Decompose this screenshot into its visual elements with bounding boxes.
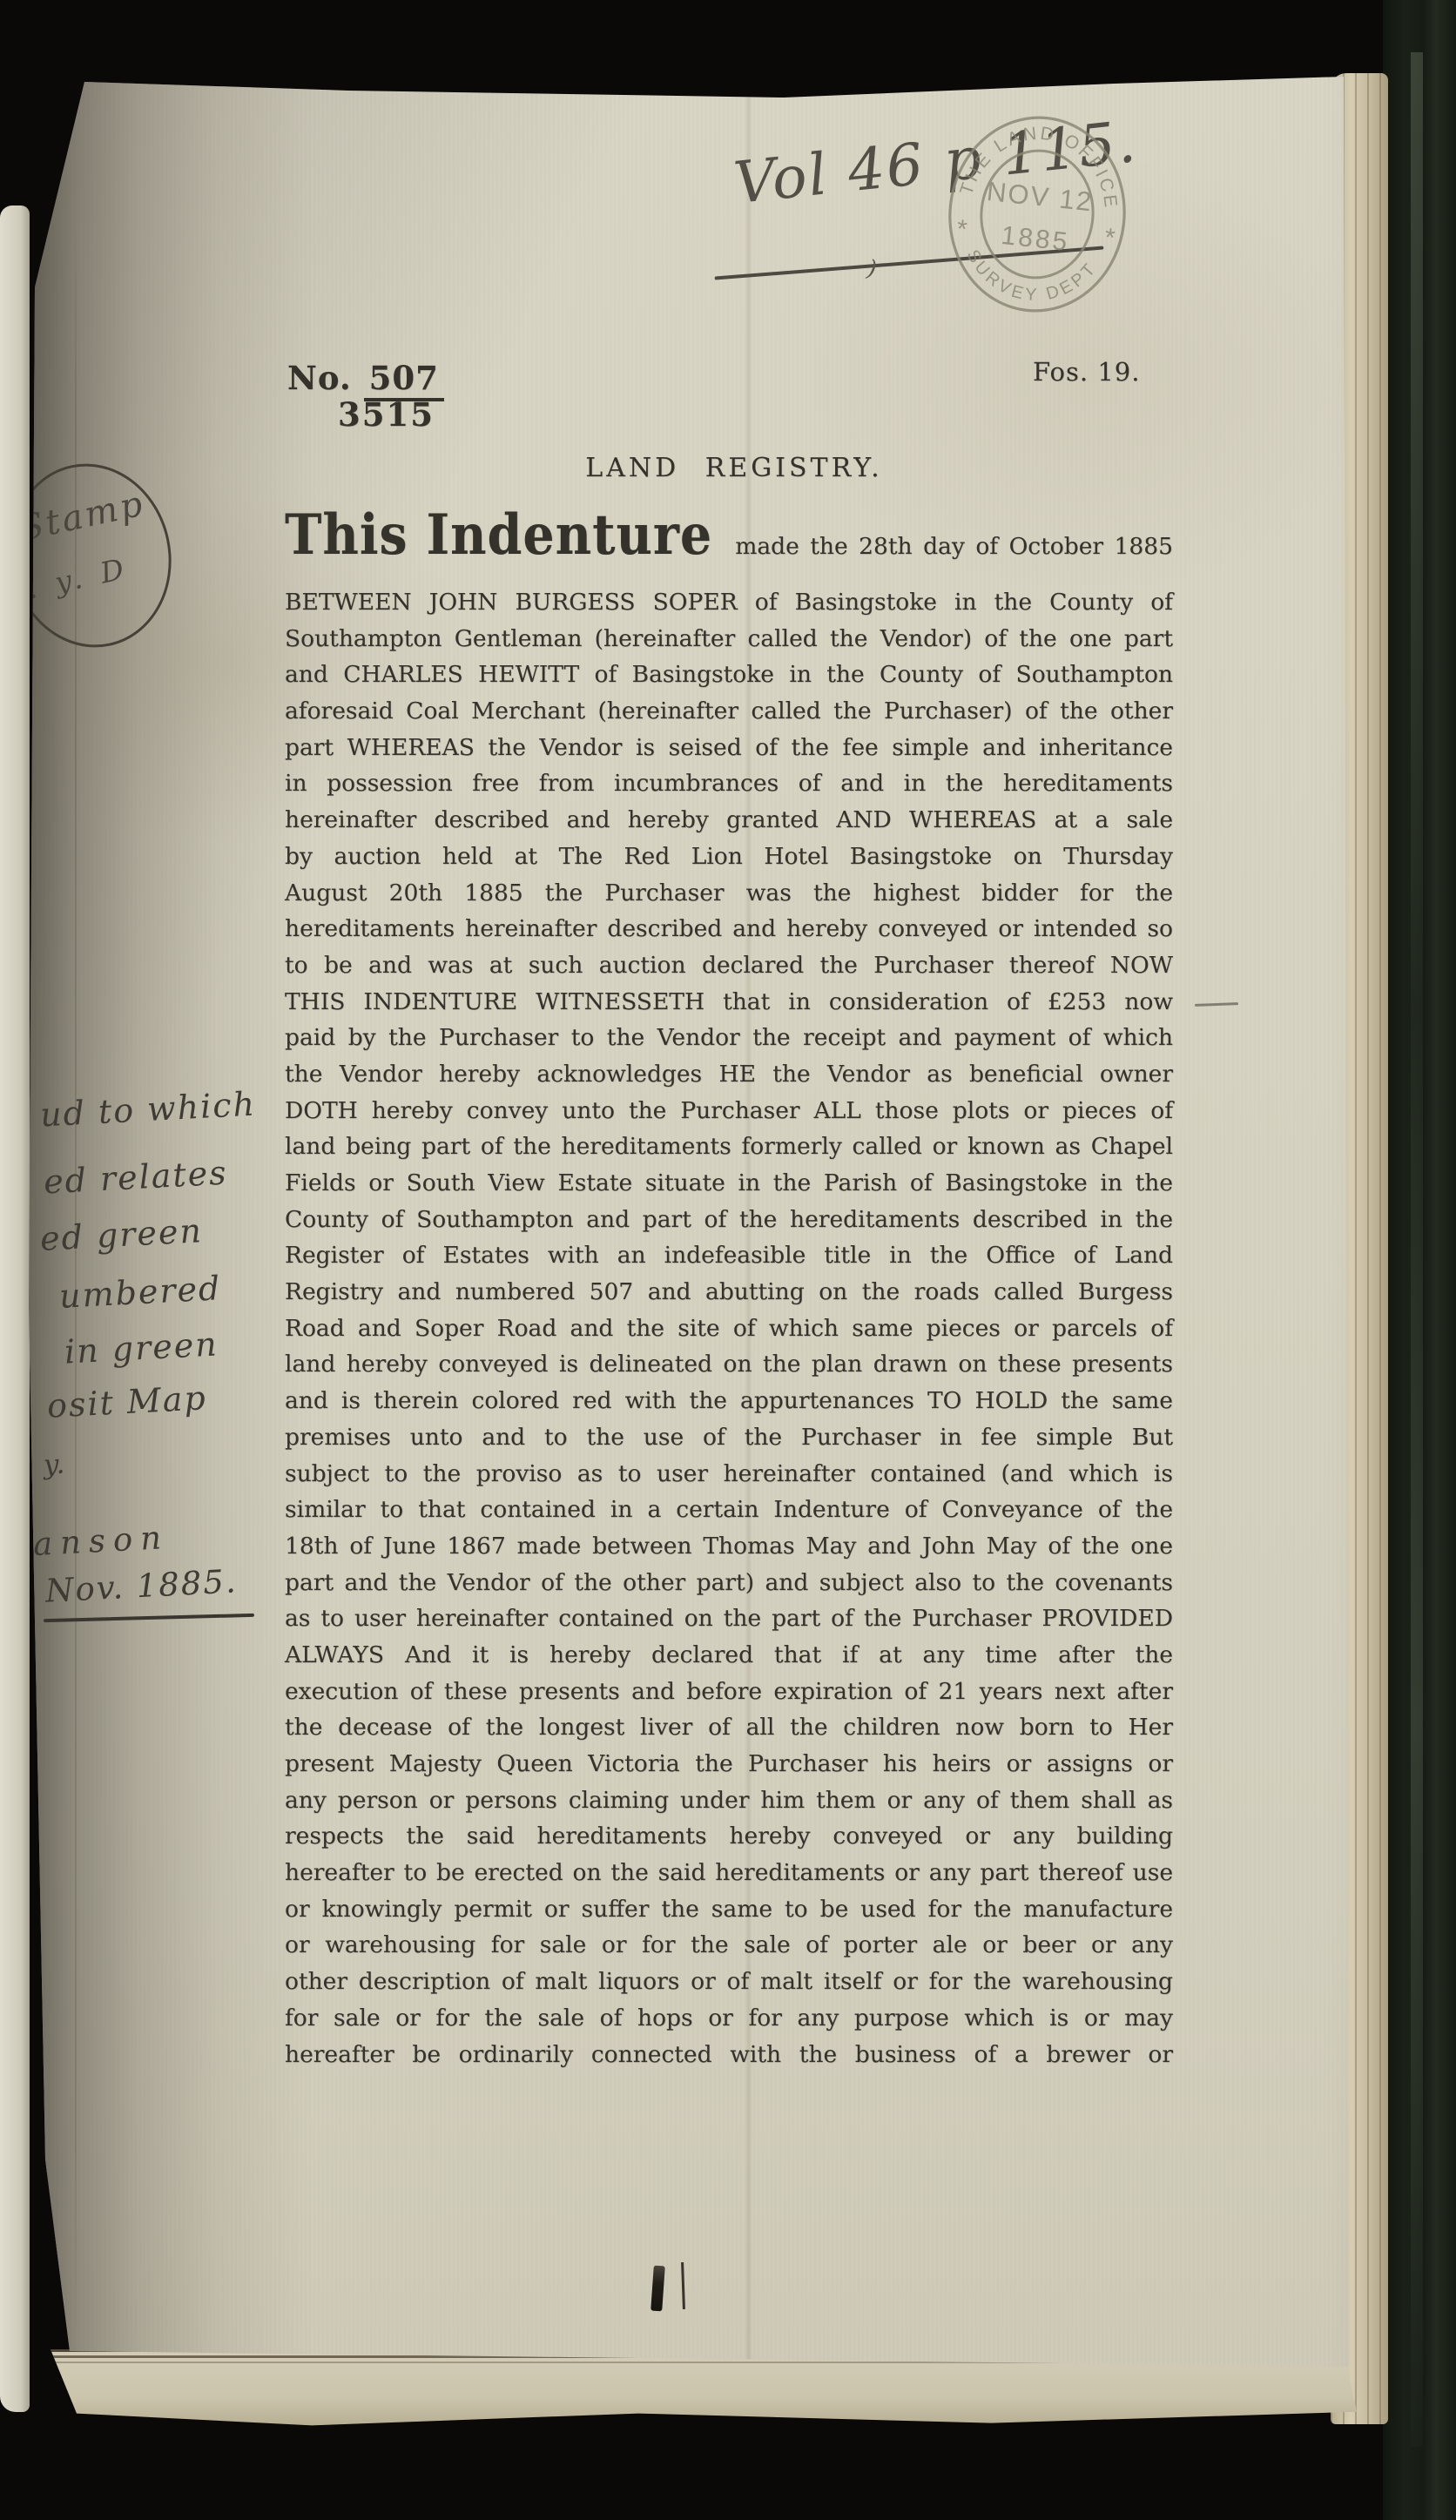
stamp-date-line1: NOV 12 [986,176,1095,218]
deed-line: Road and Soper Road and the site of whic… [285,1311,1173,1347]
deed-line: hereafter to be erected on the said here… [285,1855,1173,1891]
deed-line: present Majesty Queen Victoria the Purch… [285,1746,1173,1782]
margin-note: osit Map [46,1378,208,1425]
deed-lines: BETWEEN JOHN BURGESS SOPER of Basingstok… [285,584,1173,2072]
deed-body: This Indenture made the 28th day of Octo… [285,519,1173,2072]
deed-line: 18th of June 1867 made between Thomas Ma… [285,1528,1173,1565]
margin-note: in green [64,1324,219,1371]
document-number-sub: 3515 [338,397,444,432]
deed-line: to be and was at such auction declared t… [285,947,1173,984]
margin-note: anson [32,1519,170,1563]
deed-line: BETWEEN JOHN BURGESS SOPER of Basingstok… [285,584,1173,621]
deed-line: subject to the proviso as to user herein… [285,1456,1173,1492]
margin-note: y. [43,1448,66,1480]
deed-line: Registry and numbered 507 and abutting o… [285,1274,1173,1311]
deed-opening-words: This Indenture [285,515,735,556]
deed-line: in possession free from incumbrances of … [285,765,1173,802]
deed-line: execution of these presents and before e… [285,1674,1173,1710]
deed-line: and is therein colored red with the appu… [285,1383,1173,1419]
book-cover-sheen [1411,52,1423,2447]
deed-line: THIS INDENTURE WITNESSETH that in consid… [285,984,1173,1021]
margin-note: umbered [58,1269,222,1316]
deed-line: and CHARLES HEWITT of Basingstoke in the… [285,657,1173,693]
deed-line: land hereby conveyed is delineated on th… [285,1346,1173,1383]
deed-line: hereinafter described and hereby granted… [285,802,1173,839]
deed-line: similar to that contained in a certain I… [285,1492,1173,1528]
margin-note: Nov. 1885. [44,1562,239,1609]
deed-line: aforesaid Coal Merchant (hereinafter cal… [285,693,1173,730]
margin-note: ud to which [39,1085,257,1135]
deed-line: DOTH hereby convey unto the Purchaser AL… [285,1093,1173,1129]
deed-line: hereafter be ordinarily connected with t… [285,2037,1173,2073]
deed-first-line: This Indenture made the 28th day of Octo… [285,519,1173,584]
deed-line: by auction held at The Red Lion Hotel Ba… [285,839,1173,875]
scanned-book-photograph: { "annotations": { "volume_note": "Vol 4… [0,0,1456,2520]
margin-note: ed relates [43,1153,229,1201]
deed-line: as to user hereinafter contained on the … [285,1600,1173,1637]
deed-line: for sale or for the sale of hops or for … [285,2000,1173,2037]
margin-note: ed green [39,1211,204,1258]
deed-line: the Vendor hereby acknowledges HE the Ve… [285,1056,1173,1093]
previous-leaf-edge [0,206,30,2412]
deed-line: Fields or South View Estate situate in t… [285,1165,1173,1202]
page-title: LAND REGISTRY. [516,453,952,483]
document-page: Vol 46 p 115. ) THE LAND OFFICE SURVEY D… [0,0,1456,2520]
stamp-annotation-line2: . y. D [24,551,131,606]
deed-line: hereditaments hereinafter described and … [285,911,1173,947]
deed-line: August 20th 1885 the Purchaser was the h… [285,875,1173,912]
stamp-star-right: * [1103,223,1116,253]
ink-mark-1 [650,2266,665,2312]
stamp-date-line2: 1885 [1000,221,1071,257]
ink-squiggle-mark: ) [865,255,878,282]
document-number: No. 507 3515 [287,360,444,432]
deed-line: or warehousing for sale or for the sale … [285,1927,1173,1964]
land-office-date-stamp: THE LAND OFFICE SURVEY DEPT * * NOV 12 1… [944,111,1130,317]
deed-line: premises unto and to the use of the Purc… [285,1419,1173,1456]
deed-line: land being part of the hereditaments for… [285,1129,1173,1165]
margin-dash-mark [1195,1002,1238,1007]
deed-line: or knowingly permit or suffer the same t… [285,1891,1173,1928]
deed-first-line-rest: made the 28th day of October 1885 [735,529,1173,565]
deed-line: other description of malt liquors or of … [285,1964,1173,2000]
stamp-star-left: * [955,215,968,245]
deed-line: respects the said hereditaments hereby c… [285,1818,1173,1855]
deed-line: ALWAYS And it is hereby declared that if… [285,1637,1173,1674]
document-number-prefix: No. [287,359,352,397]
deed-line: part WHEREAS the Vendor is seised of the… [285,730,1173,766]
deed-line: Southampton Gentleman (hereinafter calle… [285,621,1173,657]
stamp-annotation-line1: Stamp [16,483,148,549]
folio-number: Fos. 19. [1033,357,1140,387]
deed-line: any person or persons claiming under him… [285,1782,1173,1819]
ink-mark-2 [681,2262,685,2309]
deed-line: Register of Estates with an indefeasible… [285,1237,1173,1274]
deed-line: the decease of the longest liver of all … [285,1709,1173,1746]
deed-line: part and the Vendor of the other part) a… [285,1565,1173,1601]
deed-line: paid by the Purchaser to the Vendor the … [285,1020,1173,1056]
deed-line: County of Southampton and part of the he… [285,1202,1173,1238]
